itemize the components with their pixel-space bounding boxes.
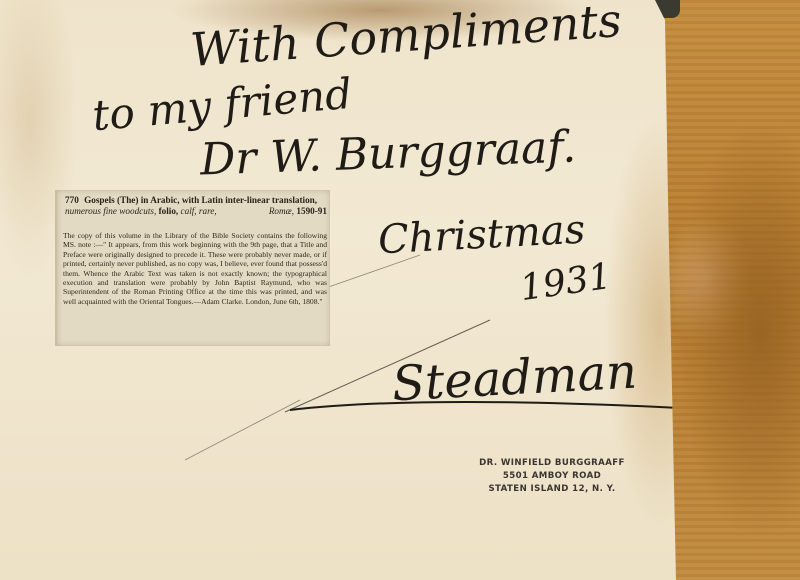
clipping-title: Gospels (The) in Arabic, with Latin inte… [84,195,317,205]
stamp-street: 5501 AMBOY ROAD [462,470,642,483]
clipping-place: Romæ, [269,206,294,216]
clipping-title-italic: numerous fine woodcuts, [65,206,156,216]
lot-number: 770 [65,195,79,205]
stamp-city: STATEN ISLAND 12, N. Y. [462,483,642,496]
book-flyleaf-page: With Compliments to my friend Dr W. Burg… [0,0,680,580]
inscription-line-with-compliments: With Compliments [189,0,624,77]
clipping-binding: calf, rare, [181,206,217,216]
inscription-line-recipient: Dr W. Burggraaf. [199,121,577,185]
stamp-name: DR. WINFIELD BURGGRAAFF [462,457,642,470]
inscription-line-to-my-friend: to my friend [90,69,354,140]
catalogue-clipping: 770 Gospels (The) in Arabic, with Latin … [55,190,330,346]
owner-address-stamp: DR. WINFIELD BURGGRAAFF 5501 AMBOY ROAD … [462,457,642,496]
inscription-line-year: 1931 [518,256,614,309]
clipping-format: folio, [159,206,179,216]
clipping-heading: 770 Gospels (The) in Arabic, with Latin … [65,195,327,216]
clipping-date: 1590-91 [296,206,327,216]
clipping-body-text: The copy of this volume in the Library o… [63,231,327,306]
inscription-line-christmas: Christmas [377,207,586,264]
signature: Steadman [391,344,639,413]
